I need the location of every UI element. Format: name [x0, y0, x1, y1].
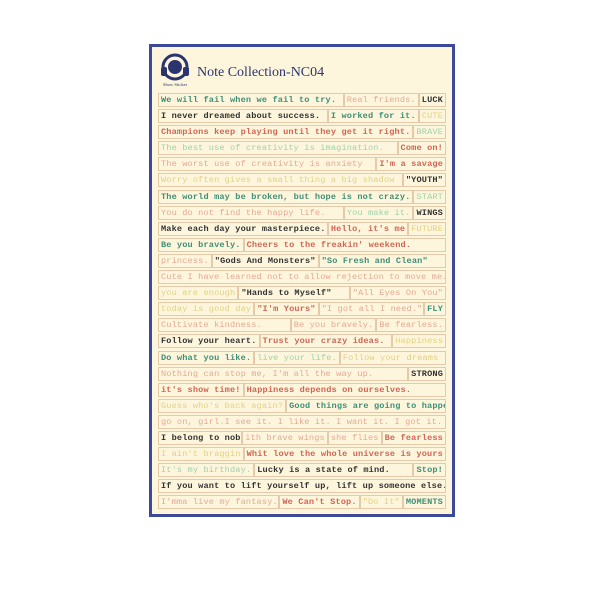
sticker-label: "YOUTH" [403, 173, 446, 187]
sticker-row: The worst use of creativity is anxietyI'… [158, 157, 446, 171]
sticker-label: I'mma live my fantasy. [158, 495, 279, 509]
sticker-label: START [413, 190, 446, 204]
sticker-label: Real friends. [344, 93, 419, 107]
sticker-label: ith brave wings [242, 431, 328, 445]
sticker-row: If you want to lift yourself up, lift up… [158, 479, 446, 493]
sticker-row: I belong to nobodyith brave wingsshe fli… [158, 431, 446, 445]
sticker-label: "I'm Yours" [254, 302, 318, 316]
sheet-title: Note Collection-NC04 [197, 65, 324, 81]
sticker-row: it's show time!Happiness depends on ours… [158, 383, 446, 397]
sticker-row: Champions keep playing until they get it… [158, 125, 446, 139]
sticker-label: STRONG [408, 367, 446, 381]
headphones-logo-icon: Show Sticker [158, 52, 192, 88]
sticker-row: The world may be broken, but hope is not… [158, 190, 446, 204]
sticker-label: Guess who's back again? [158, 399, 286, 413]
sticker-label: I belong to nobody [158, 431, 242, 445]
sticker-label: CUTE [419, 109, 446, 123]
sticker-label: It's my birthday. [158, 463, 254, 477]
sticker-label: Cute I have learned not to allow rejecti… [158, 270, 446, 284]
svg-text:Show Sticker: Show Sticker [163, 82, 188, 87]
sticker-label: Come on! [398, 141, 446, 155]
sticker-label: "All Eyes On You" [350, 286, 446, 300]
sticker-label: Hello, it's me [328, 222, 408, 236]
sticker-row: Be you bravely.Cheers to the freakin' we… [158, 238, 446, 252]
sticker-label: I never dreamed about success. [158, 109, 328, 123]
sticker-label: Be you bravely. [291, 318, 377, 332]
sticker-label: Whit love the whole universe is yours [244, 447, 446, 461]
sticker-row: Worry often gives a small thing a big sh… [158, 173, 446, 187]
sticker-row: Nothing can stop me, I'm all the way up.… [158, 367, 446, 381]
sticker-row: Guess who's back again?Good things are g… [158, 399, 446, 413]
sticker-row: Cute I have learned not to allow rejecti… [158, 270, 446, 284]
sticker-row: today is good day"I'm Yours""I got all I… [158, 302, 446, 316]
sticker-label: Nothing can stop me, I'm all the way up. [158, 367, 408, 381]
sticker-label: live your life. [254, 351, 340, 365]
sticker-label: BRAVE [413, 125, 446, 139]
sticker-label: Stop! [413, 463, 446, 477]
sticker-label: Cheers to the freakin' weekend. [244, 238, 446, 252]
sticker-label: "Gods And Monsters" [212, 254, 319, 268]
sticker-row: It's my birthday.Lucky is a state of min… [158, 463, 446, 477]
sticker-label: Happiness [392, 334, 446, 348]
sticker-label: The worst use of creativity is anxiety [158, 157, 376, 171]
sticker-label: Champions keep playing until they get it… [158, 125, 413, 139]
sticker-row: Cultivate kindness.Be you bravely.Be fea… [158, 318, 446, 332]
sticker-row: Make each day your masterpiece.Hello, it… [158, 222, 446, 236]
sticker-row: you are enough"Hands to Myself""All Eyes… [158, 286, 446, 300]
sticker-label: We will fail when we fail to try. [158, 93, 344, 107]
sticker-label: Worry often gives a small thing a big sh… [158, 173, 403, 187]
sticker-label: Do what you like. [158, 351, 254, 365]
sticker-label: MOMENTS [403, 495, 446, 509]
sticker-label: WINGS [413, 206, 446, 220]
sticker-sheet: Show Sticker Note Collection-NC04 We wil… [149, 44, 455, 517]
sticker-row: We will fail when we fail to try.Real fr… [158, 93, 446, 107]
sticker-row: Do what you like.live your life.Follow y… [158, 351, 446, 365]
sticker-row: go on, girl.I see it. I like it. I want … [158, 415, 446, 429]
sticker-label: Good things are going to happen [286, 399, 446, 413]
sticker-label: princess. [158, 254, 212, 268]
sticker-label: Lucky is a state of mind. [254, 463, 413, 477]
sticker-label: I'm a savage [376, 157, 446, 171]
sticker-row: The best use of creativity is imaginatio… [158, 141, 446, 155]
sticker-label: "Hands to Myself" [238, 286, 349, 300]
sticker-label: Happiness depends on ourselves. [244, 383, 446, 397]
sticker-label: Be you bravely. [158, 238, 244, 252]
sticker-row: Follow your heart.Trust your crazy ideas… [158, 334, 446, 348]
sticker-label: The world may be broken, but hope is not… [158, 190, 413, 204]
sticker-label: FLY [424, 302, 446, 316]
sheet-header: Show Sticker Note Collection-NC04 [158, 51, 324, 89]
sticker-label: "Do It" [360, 495, 403, 509]
sticker-label: "So Fresh and Clean" [319, 254, 446, 268]
sticker-label: You do not find the happy life. [158, 206, 344, 220]
sticker-label: Follow your heart. [158, 334, 260, 348]
sticker-label: The best use of creativity is imaginatio… [158, 141, 398, 155]
sticker-label: she flies [328, 431, 382, 445]
sticker-label: You make it. [344, 206, 414, 220]
sticker-label: go on, girl.I see it. I like it. I want … [158, 415, 446, 429]
sticker-rows: We will fail when we fail to try.Real fr… [158, 93, 446, 511]
sticker-row: I never dreamed about success.I worked f… [158, 109, 446, 123]
sticker-label: today is good day [158, 302, 254, 316]
sticker-label: Cultivate kindness. [158, 318, 291, 332]
sticker-label: it's show time! [158, 383, 244, 397]
sticker-label: Be fearless [382, 431, 446, 445]
sticker-label: If you want to lift yourself up, lift up… [158, 479, 446, 493]
sticker-label: LUCK [419, 93, 446, 107]
sticker-label: "I got all I need." [319, 302, 424, 316]
sticker-label: you are enough [158, 286, 238, 300]
sticker-row: princess."Gods And Monsters""So Fresh an… [158, 254, 446, 268]
sticker-row: You do not find the happy life.You make … [158, 206, 446, 220]
sticker-label: We Can't Stop. [279, 495, 359, 509]
sticker-label: FUTURE [408, 222, 446, 236]
sticker-row: I'mma live my fantasy.We Can't Stop."Do … [158, 495, 446, 509]
sticker-label: I worked for it. [328, 109, 419, 123]
sticker-label: Be fearless. [376, 318, 446, 332]
sticker-label: Follow your dreams [340, 351, 446, 365]
sticker-label: Make each day your masterpiece. [158, 222, 328, 236]
sticker-row: I ain't bragginWhit love the whole unive… [158, 447, 446, 461]
sticker-label: Trust your crazy ideas. [260, 334, 393, 348]
sticker-label: I ain't braggin [158, 447, 244, 461]
